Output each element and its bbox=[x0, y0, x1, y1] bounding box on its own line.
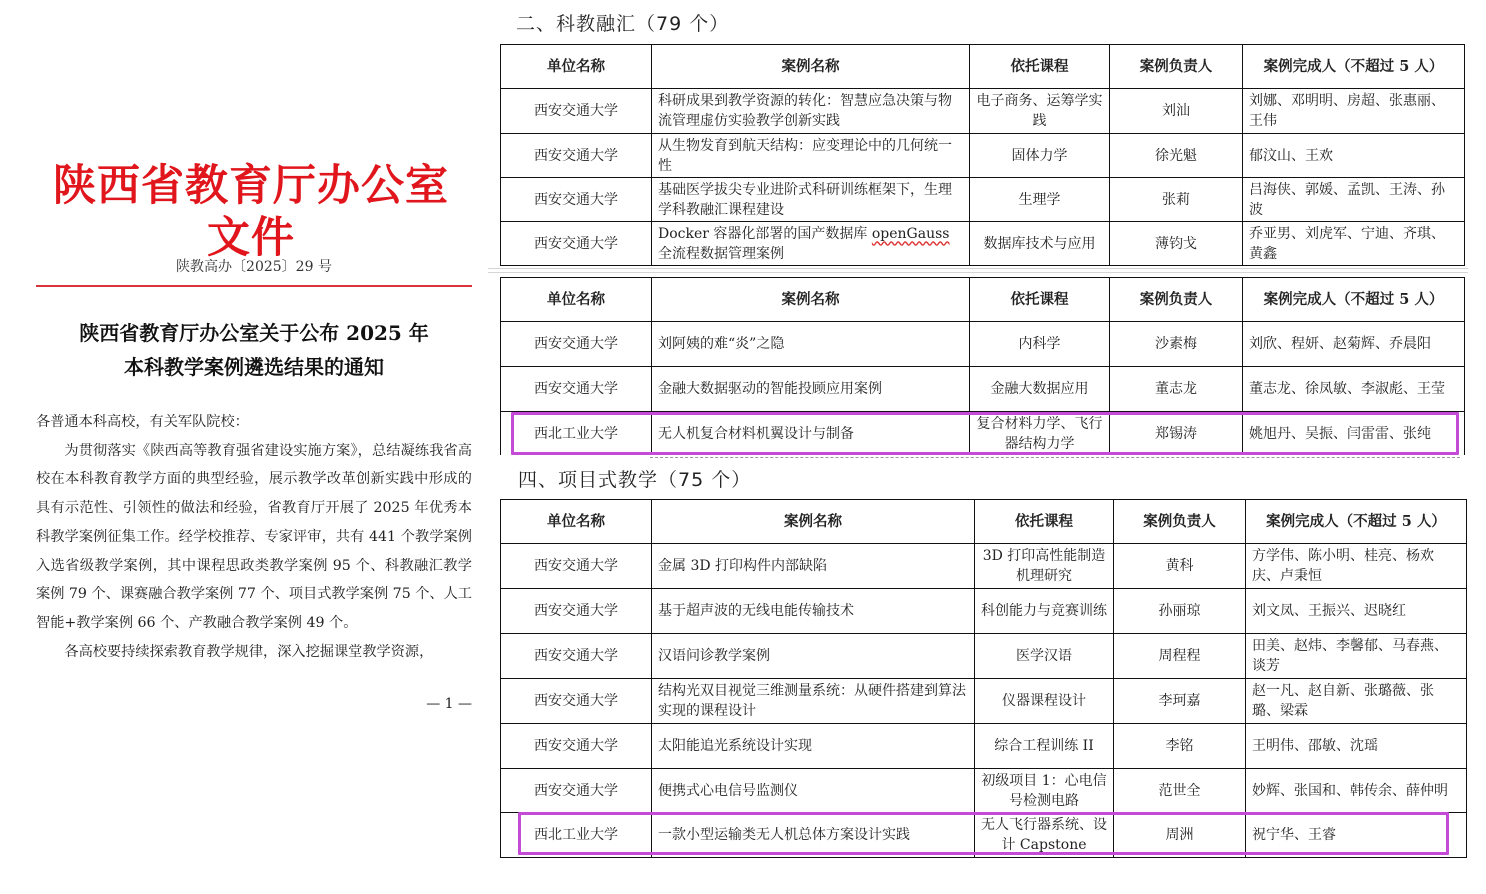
cell-course: 固体力学 bbox=[970, 134, 1110, 178]
table-row: 西安交通大学 太阳能追光系统设计实现 综合工程训练 II 李铭 王明伟、邵敏、沈… bbox=[501, 724, 1467, 769]
section-2-table: 单位名称 案例名称 依托课程 案例负责人 案例完成人（不超过 5 人） 西安交通… bbox=[500, 44, 1465, 266]
column-header-members: 案例完成人（不超过 5 人） bbox=[1246, 500, 1467, 544]
cell-members: 董志龙、徐凤敏、李淑彪、王莹 bbox=[1243, 367, 1465, 412]
cell-lead: 周洲 bbox=[1114, 813, 1246, 858]
cell-lead: 薄钧戈 bbox=[1110, 222, 1243, 266]
document-number: 陕教高办〔2025〕29 号 bbox=[36, 256, 472, 276]
cell-lead: 张莉 bbox=[1110, 178, 1243, 222]
body-paragraph-2: 各高校要持续探索教育教学规律，深入挖掘课堂教学资源， bbox=[36, 638, 472, 667]
cell-members: 妙辉、张国和、韩传余、薛仲明 bbox=[1246, 769, 1467, 813]
cell-course: 仪器课程设计 bbox=[975, 679, 1114, 724]
cell-unit: 西安交通大学 bbox=[501, 178, 652, 222]
cell-course: 医学汉语 bbox=[975, 634, 1114, 679]
cell-unit: 西北工业大学 bbox=[501, 412, 652, 456]
table-row: 西安交通大学 从生物发育到航天结构：应变理论中的几何统一性 固体力学 徐光魁 郁… bbox=[501, 134, 1465, 178]
cell-lead: 周程程 bbox=[1114, 634, 1246, 679]
table-row-highlighted: 西北工业大学 无人机复合材料机翼设计与制备 复合材料力学、飞行器结构力学 郑锡涛… bbox=[501, 412, 1465, 456]
column-header-case: 案例名称 bbox=[652, 500, 975, 544]
cell-lead: 李珂嘉 bbox=[1114, 679, 1246, 724]
cell-course: 科创能力与竞赛训练 bbox=[975, 589, 1114, 634]
cell-members: 吕海侠、郭媛、孟凯、王涛、孙波 bbox=[1243, 178, 1465, 222]
column-header-course: 依托课程 bbox=[970, 278, 1110, 322]
column-header-members: 案例完成人（不超过 5 人） bbox=[1243, 278, 1465, 322]
cell-lead: 董志龙 bbox=[1110, 367, 1243, 412]
red-divider-rule bbox=[36, 285, 472, 287]
cell-members: 赵一凡、赵自新、张璐薇、张璐、梁霖 bbox=[1246, 679, 1467, 724]
cell-lead: 李铭 bbox=[1114, 724, 1246, 769]
column-header-case: 案例名称 bbox=[652, 278, 970, 322]
cell-unit: 西安交通大学 bbox=[501, 634, 652, 679]
document-body: 各普通本科高校，有关军队院校： 为贯彻落实《陕西高等教育强省建设实施方案》，总结… bbox=[36, 408, 472, 666]
spellcheck-flagged-word: openGauss bbox=[872, 226, 950, 242]
cell-case: 一款小型运输类无人机总体方案设计实践 bbox=[652, 813, 975, 858]
cell-unit: 西安交通大学 bbox=[501, 134, 652, 178]
cell-members: 祝宁华、王睿 bbox=[1246, 813, 1467, 858]
case-text-suffix: 全流程数据管理案例 bbox=[658, 246, 784, 262]
cell-members: 郁汶山、王欢 bbox=[1243, 134, 1465, 178]
section-4-table: 单位名称 案例名称 依托课程 案例负责人 案例完成人（不超过 5 人） 西安交通… bbox=[500, 499, 1467, 858]
cell-unit: 西安交通大学 bbox=[501, 89, 652, 134]
document-title-line-2: 本科教学案例遴选结果的通知 bbox=[36, 350, 472, 384]
document-title: 陕西省教育厅办公室关于公布 2025 年 本科教学案例遴选结果的通知 bbox=[36, 316, 472, 384]
cell-members: 刘欣、程妍、赵菊辉、乔晨阳 bbox=[1243, 322, 1465, 367]
cell-unit: 西安交通大学 bbox=[501, 679, 652, 724]
cell-members: 刘文凤、王振兴、迟晓红 bbox=[1246, 589, 1467, 634]
notice-document-page: 陕西省教育厅办公室文件 陕教高办〔2025〕29 号 陕西省教育厅办公室关于公布… bbox=[0, 0, 490, 894]
cell-unit: 西安交通大学 bbox=[501, 322, 652, 367]
column-header-unit: 单位名称 bbox=[501, 278, 652, 322]
column-header-course: 依托课程 bbox=[970, 45, 1110, 89]
cell-course: 综合工程训练 II bbox=[975, 724, 1114, 769]
cell-lead: 黄科 bbox=[1114, 544, 1246, 589]
page-number: — 1 — bbox=[426, 696, 472, 712]
cell-course: 数据库技术与应用 bbox=[970, 222, 1110, 266]
table-row: 西安交通大学 科研成果到教学资源的转化：智慧应急决策与物流管理虚仿实验教学创新实… bbox=[501, 89, 1465, 134]
column-header-lead: 案例负责人 bbox=[1110, 278, 1243, 322]
column-header-members: 案例完成人（不超过 5 人） bbox=[1243, 45, 1465, 89]
cell-members: 王明伟、邵敏、沈瑶 bbox=[1246, 724, 1467, 769]
column-header-course: 依托课程 bbox=[975, 500, 1114, 544]
section-4-title: 四、项目式教学（75 个） bbox=[518, 465, 751, 492]
cell-case: Docker 容器化部署的国产数据库 openGauss全流程数据管理案例 bbox=[652, 222, 970, 266]
cell-course: 电子商务、运筹学实践 bbox=[970, 89, 1110, 134]
table-row: 西安交通大学 Docker 容器化部署的国产数据库 openGauss全流程数据… bbox=[501, 222, 1465, 266]
cell-case: 从生物发育到航天结构：应变理论中的几何统一性 bbox=[652, 134, 970, 178]
cell-course: 生理学 bbox=[970, 178, 1110, 222]
column-header-unit: 单位名称 bbox=[501, 45, 652, 89]
cell-course: 初级项目 1：心电信号检测电路 bbox=[975, 769, 1114, 813]
document-title-line-1: 陕西省教育厅办公室关于公布 2025 年 bbox=[36, 316, 472, 350]
cell-course: 金融大数据应用 bbox=[970, 367, 1110, 412]
cell-unit: 西安交通大学 bbox=[501, 589, 652, 634]
section-3-excerpt-table: 单位名称 案例名称 依托课程 案例负责人 案例完成人（不超过 5 人） 西安交通… bbox=[500, 277, 1465, 456]
cell-unit: 西安交通大学 bbox=[501, 724, 652, 769]
table-row: 西安交通大学 基于超声波的无线电能传输技术 科创能力与竞赛训练 孙丽琼 刘文凤、… bbox=[501, 589, 1467, 634]
cell-case: 太阳能追光系统设计实现 bbox=[652, 724, 975, 769]
column-header-lead: 案例负责人 bbox=[1110, 45, 1243, 89]
cell-case: 汉语问诊教学案例 bbox=[652, 634, 975, 679]
cell-members: 刘娜、邓明明、房超、张惠丽、王伟 bbox=[1243, 89, 1465, 134]
table-row: 西安交通大学 金融大数据驱动的智能投顾应用案例 金融大数据应用 董志龙 董志龙、… bbox=[501, 367, 1465, 412]
table-cutoff-edge bbox=[650, 457, 1460, 458]
cell-members: 田美、赵炜、李馨郁、马春燕、谈芳 bbox=[1246, 634, 1467, 679]
column-header-case: 案例名称 bbox=[652, 45, 970, 89]
table-header-row: 单位名称 案例名称 依托课程 案例负责人 案例完成人（不超过 5 人） bbox=[501, 278, 1465, 322]
cell-unit: 西北工业大学 bbox=[501, 813, 652, 858]
table-row: 西安交通大学 便携式心电信号监测仪 初级项目 1：心电信号检测电路 范世全 妙辉… bbox=[501, 769, 1467, 813]
cell-case: 便携式心电信号监测仪 bbox=[652, 769, 975, 813]
cell-lead: 郑锡涛 bbox=[1110, 412, 1243, 456]
cell-unit: 西安交通大学 bbox=[501, 367, 652, 412]
cell-unit: 西安交通大学 bbox=[501, 769, 652, 813]
table-header-row: 单位名称 案例名称 依托课程 案例负责人 案例完成人（不超过 5 人） bbox=[501, 500, 1467, 544]
column-header-lead: 案例负责人 bbox=[1114, 500, 1246, 544]
cell-members: 方学伟、陈小明、桂亮、杨欢庆、卢秉恒 bbox=[1246, 544, 1467, 589]
table-row: 西安交通大学 基础医学拔尖专业进阶式科研训练框架下，生理学科教融汇课程建设 生理… bbox=[501, 178, 1465, 222]
cell-case: 金属 3D 打印构件内部缺陷 bbox=[652, 544, 975, 589]
cell-case: 无人机复合材料机翼设计与制备 bbox=[652, 412, 970, 456]
cell-lead: 范世全 bbox=[1114, 769, 1246, 813]
cell-case: 基础医学拔尖专业进阶式科研训练框架下，生理学科教融汇课程建设 bbox=[652, 178, 970, 222]
cell-course: 内科学 bbox=[970, 322, 1110, 367]
cell-members: 乔亚男、刘虎军、宁迪、齐琪、黄鑫 bbox=[1243, 222, 1465, 266]
cell-case: 基于超声波的无线电能传输技术 bbox=[652, 589, 975, 634]
salutation: 各普通本科高校，有关军队院校： bbox=[36, 408, 472, 437]
column-header-unit: 单位名称 bbox=[501, 500, 652, 544]
cell-case: 刘阿姨的难“炎”之隐 bbox=[652, 322, 970, 367]
table-row-highlighted: 西北工业大学 一款小型运输类无人机总体方案设计实践 无人飞行器系统、设计 Cap… bbox=[501, 813, 1467, 858]
table-row: 西安交通大学 结构光双目视觉三维测量系统：从硬件搭建到算法实现的课程设计 仪器课… bbox=[501, 679, 1467, 724]
cell-lead: 沙素梅 bbox=[1110, 322, 1243, 367]
cell-lead: 徐光魁 bbox=[1110, 134, 1243, 178]
cell-course: 3D 打印高性能制造机理研究 bbox=[975, 544, 1114, 589]
table-row: 西安交通大学 刘阿姨的难“炎”之隐 内科学 沙素梅 刘欣、程妍、赵菊辉、乔晨阳 bbox=[501, 322, 1465, 367]
cell-case: 金融大数据驱动的智能投顾应用案例 bbox=[652, 367, 970, 412]
cell-unit: 西安交通大学 bbox=[501, 222, 652, 266]
table-header-row: 单位名称 案例名称 依托课程 案例负责人 案例完成人（不超过 5 人） bbox=[501, 45, 1465, 89]
table-row: 西安交通大学 汉语问诊教学案例 医学汉语 周程程 田美、赵炜、李馨郁、马春燕、谈… bbox=[501, 634, 1467, 679]
screenshot-divider bbox=[488, 268, 1468, 273]
cell-lead: 孙丽琼 bbox=[1114, 589, 1246, 634]
case-text-prefix: Docker 容器化部署的国产数据库 bbox=[658, 226, 872, 242]
document-header: 陕西省教育厅办公室文件 bbox=[36, 160, 466, 264]
section-2-title: 二、科教融汇（79 个） bbox=[516, 9, 729, 36]
cell-course: 无人飞行器系统、设计 Capstone bbox=[975, 813, 1114, 858]
cell-members: 姚旭丹、吴振、闫雷雷、张纯 bbox=[1243, 412, 1465, 456]
cell-course: 复合材料力学、飞行器结构力学 bbox=[970, 412, 1110, 456]
cell-unit: 西安交通大学 bbox=[501, 544, 652, 589]
table-row: 西安交通大学 金属 3D 打印构件内部缺陷 3D 打印高性能制造机理研究 黄科 … bbox=[501, 544, 1467, 589]
cell-case: 科研成果到教学资源的转化：智慧应急决策与物流管理虚仿实验教学创新实践 bbox=[652, 89, 970, 134]
body-paragraph-1: 为贯彻落实《陕西高等教育强省建设实施方案》，总结凝练我省高校在本科教育教学方面的… bbox=[36, 437, 472, 638]
cell-case: 结构光双目视觉三维测量系统：从硬件搭建到算法实现的课程设计 bbox=[652, 679, 975, 724]
cell-lead: 刘汕 bbox=[1110, 89, 1243, 134]
